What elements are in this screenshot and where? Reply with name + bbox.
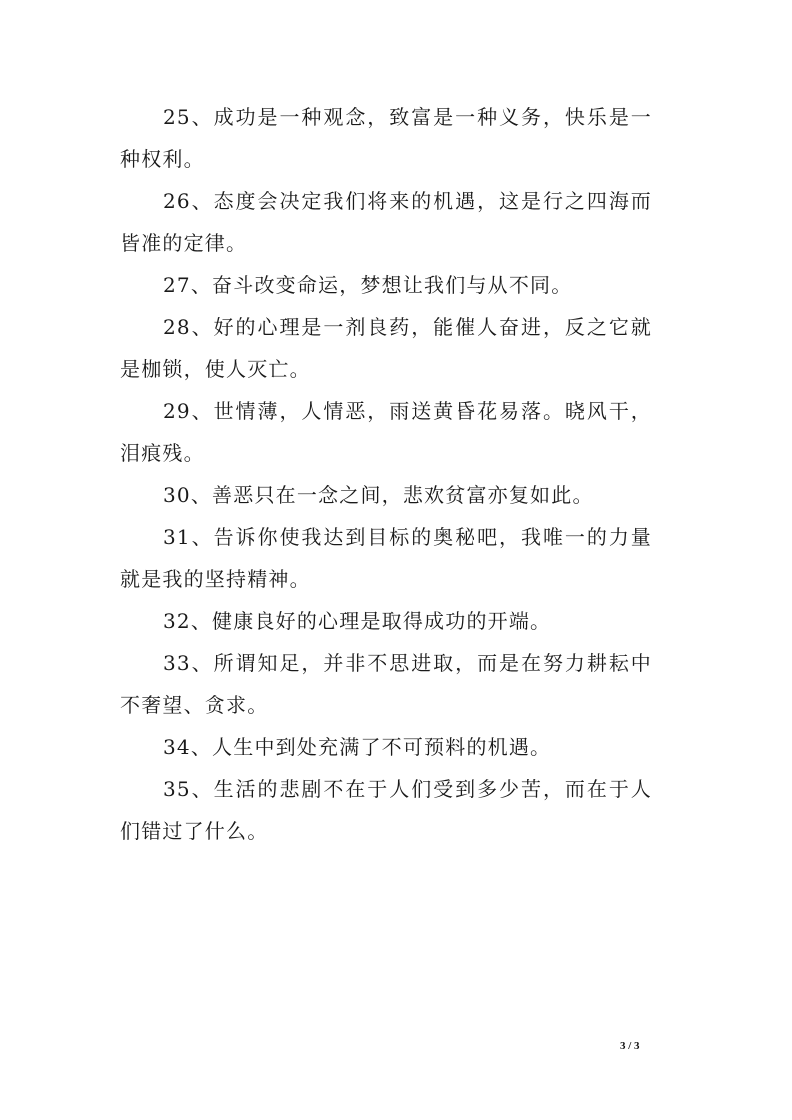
paragraph-25: 25、成功是一种观念，致富是一种义务，快乐是一种权利。 <box>120 96 652 180</box>
paragraph-32: 32、健康良好的心理是取得成功的开端。 <box>120 600 652 642</box>
paragraph-28: 28、好的心理是一剂良药，能催人奋进，反之它就是枷锁，使人灭亡。 <box>120 306 652 390</box>
paragraph-34: 34、人生中到处充满了不可预料的机遇。 <box>120 726 652 768</box>
paragraph-35: 35、生活的悲剧不在于人们受到多少苦，而在于人们错过了什么。 <box>120 768 652 852</box>
paragraph-27: 27、奋斗改变命运，梦想让我们与从不同。 <box>120 264 652 306</box>
paragraph-29: 29、世情薄，人情恶，雨送黄昏花易落。晓风干，泪痕残。 <box>120 390 652 474</box>
paragraph-30: 30、善恶只在一念之间，悲欢贫富亦复如此。 <box>120 474 652 516</box>
paragraph-33: 33、所谓知足，并非不思进取，而是在努力耕耘中不奢望、贪求。 <box>120 642 652 726</box>
paragraph-26: 26、态度会决定我们将来的机遇，这是行之四海而皆准的定律。 <box>120 180 652 264</box>
page-number: 3 / 3 <box>620 1040 640 1052</box>
document-body: 25、成功是一种观念，致富是一种义务，快乐是一种权利。 26、态度会决定我们将来… <box>120 96 652 852</box>
paragraph-31: 31、告诉你使我达到目标的奥秘吧，我唯一的力量就是我的坚持精神。 <box>120 516 652 600</box>
